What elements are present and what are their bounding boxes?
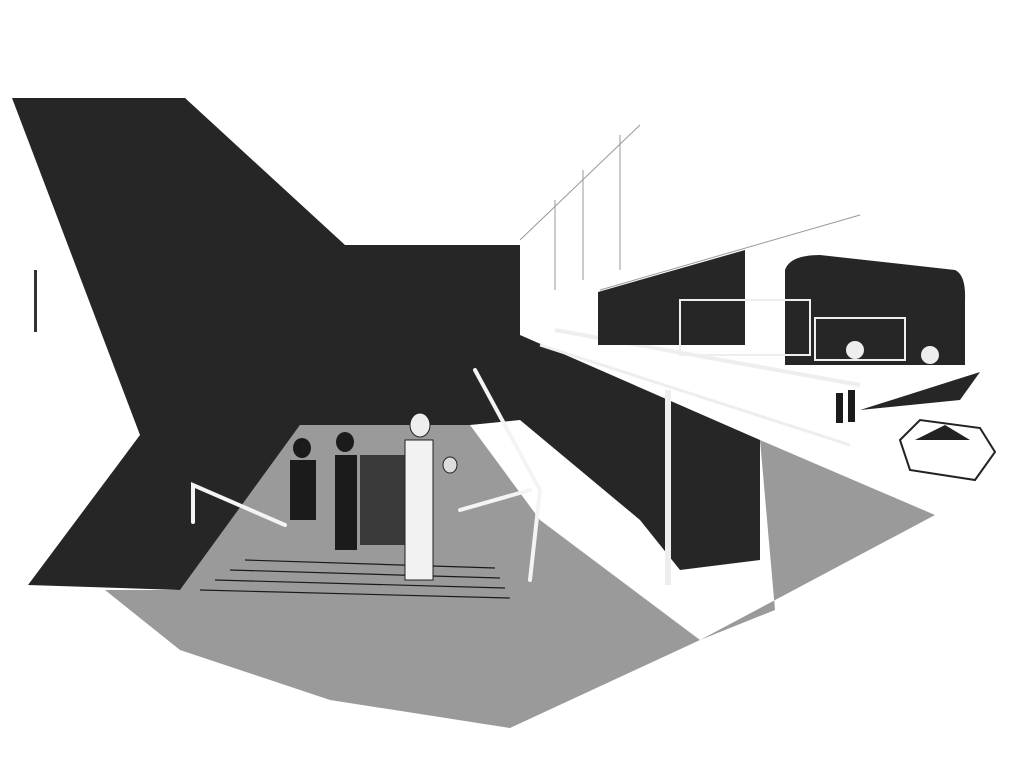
wall-marker [34,270,37,332]
double-decker-bus [785,255,965,365]
car [900,420,995,480]
architectural-illustration [0,0,1024,759]
